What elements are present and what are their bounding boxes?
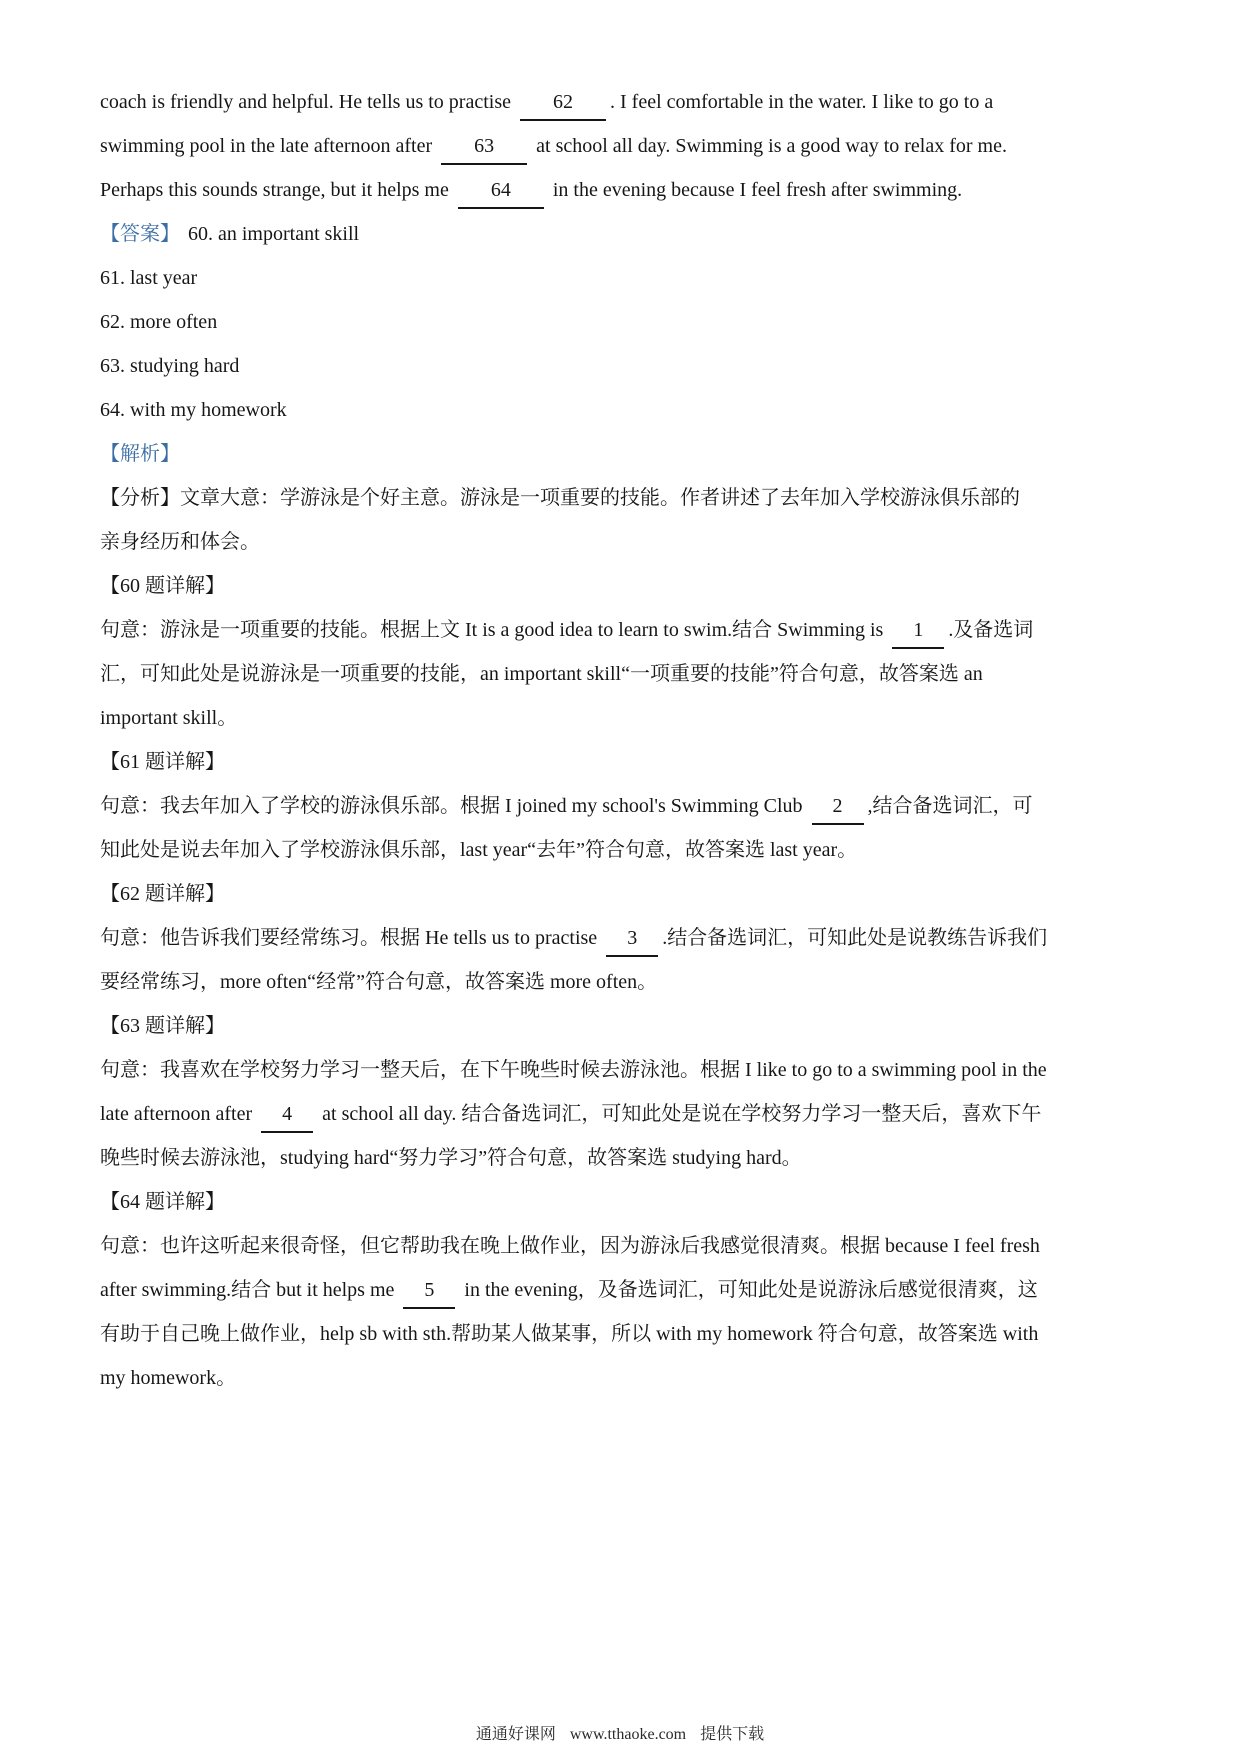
blank-5: 5 — [403, 1275, 455, 1309]
analysis-line-2: 亲身经历和体会。 — [100, 520, 1140, 564]
text-segment: in the evening because I feel fresh afte… — [548, 179, 962, 201]
section-64-line-1: 句意：也许这听起来很奇怪，但它帮助我在晚上做作业，因为游泳后我感觉很清爽。根据 … — [100, 1224, 1140, 1268]
text-segment: .结合备选词汇，可知此处是说教练告诉我们 — [662, 927, 1047, 949]
footer-url: www.tthaoke.com — [570, 1726, 686, 1743]
passage-line-2: swimming pool in the late afternoon afte… — [100, 124, 1140, 168]
section-63-title: 【63 题详解】 — [100, 1004, 1140, 1048]
answer-item-64: 64. with my homework — [100, 388, 1140, 432]
text-segment: 句意：也许这听起来很奇怪，但它帮助我在晚上做作业，因为游泳后我感觉很清爽。根据 … — [100, 1235, 1040, 1257]
text-segment: late afternoon after — [100, 1103, 257, 1125]
answer-item-60: 60. an important skill — [188, 223, 359, 245]
blank-4: 4 — [261, 1099, 313, 1133]
section-63-line-3: 晚些时候去游泳池，studying hard“努力学习”符合句意，故答案选 st… — [100, 1136, 1140, 1180]
text-segment: in the evening，及备选词汇，可知此处是说游泳后感觉很清爽，这 — [459, 1279, 1037, 1301]
text-segment: 知此处是说去年加入了学校游泳俱乐部，last year“去年”符合句意，故答案选… — [100, 839, 857, 861]
text-segment: 句意：游泳是一项重要的技能。根据上文 It is a good idea to … — [100, 619, 888, 641]
passage-line-1: coach is friendly and helpful. He tells … — [100, 80, 1140, 124]
text-segment: 句意：他告诉我们要经常练习。根据 He tells us to practise — [100, 927, 602, 949]
blank-63: 63 — [441, 131, 527, 165]
blank-2: 2 — [812, 791, 864, 825]
text-segment: after swimming.结合 but it helps me — [100, 1279, 399, 1301]
text-segment: 晚些时候去游泳池，studying hard“努力学习”符合句意，故答案选 st… — [100, 1147, 802, 1169]
blank-62: 62 — [520, 87, 606, 121]
text-segment: ,结合备选词汇，可 — [868, 795, 1033, 817]
text-segment: coach is friendly and helpful. He tells … — [100, 91, 516, 113]
text-segment: 【分析】文章大意：学游泳是个好主意。游泳是一项重要的技能。作者讲述了去年加入学校… — [100, 487, 1020, 509]
text-segment: 有助于自己晚上做作业，help sb with sth.帮助某人做某事，所以 w… — [100, 1323, 1038, 1345]
section-62-line-1: 句意：他告诉我们要经常练习。根据 He tells us to practise… — [100, 916, 1140, 960]
section-62-line-2: 要经常练习，more often“经常”符合句意，故答案选 more often… — [100, 960, 1140, 1004]
answer-item-61: 61. last year — [100, 256, 1140, 300]
section-63-line-2: late afternoon after 4 at school all day… — [100, 1092, 1140, 1136]
section-63-line-1: 句意：我喜欢在学校努力学习一整天后，在下午晚些时候去游泳池。根据 I like … — [100, 1048, 1140, 1092]
document-content: coach is friendly and helpful. He tells … — [100, 80, 1140, 1400]
section-60-title: 【60 题详解】 — [100, 564, 1140, 608]
blank-1: 1 — [892, 615, 944, 649]
section-64-title: 【64 题详解】 — [100, 1180, 1140, 1224]
text-segment: my homework。 — [100, 1367, 236, 1389]
section-60-line-2: 汇，可知此处是说游泳是一项重要的技能，an important skill“一项… — [100, 652, 1140, 696]
answers-line: 【答案】60. an important skill — [100, 212, 1140, 256]
text-segment: at school all day. 结合备选词汇，可知此处是说在学校努力学习一… — [317, 1103, 1041, 1125]
text-segment: 句意：我喜欢在学校努力学习一整天后，在下午晚些时候去游泳池。根据 I like … — [100, 1059, 1047, 1081]
analysis-label: 【解析】 — [100, 443, 180, 465]
text-segment: Perhaps this sounds strange, but it help… — [100, 179, 454, 201]
text-segment: .及备选词 — [948, 619, 1033, 641]
section-61-line-1: 句意：我去年加入了学校的游泳俱乐部。根据 I joined my school'… — [100, 784, 1140, 828]
document-page: coach is friendly and helpful. He tells … — [0, 0, 1240, 1754]
section-60-line-1: 句意：游泳是一项重要的技能。根据上文 It is a good idea to … — [100, 608, 1140, 652]
text-segment: 要经常练习，more often“经常”符合句意，故答案选 more often… — [100, 971, 657, 993]
page-footer: 通通好课网www.tthaoke.com提供下载 — [0, 1721, 1240, 1744]
section-64-line-4: my homework。 — [100, 1356, 1140, 1400]
answers-label: 【答案】 — [100, 223, 180, 245]
text-segment: at school all day. Swimming is a good wa… — [531, 135, 1007, 157]
section-61-line-2: 知此处是说去年加入了学校游泳俱乐部，last year“去年”符合句意，故答案选… — [100, 828, 1140, 872]
text-segment: 句意：我去年加入了学校的游泳俱乐部。根据 I joined my school'… — [100, 795, 808, 817]
footer-site-name: 通通好课网 — [476, 1726, 556, 1743]
analysis-line-1: 【分析】文章大意：学游泳是个好主意。游泳是一项重要的技能。作者讲述了去年加入学校… — [100, 476, 1140, 520]
blank-3: 3 — [606, 923, 658, 957]
text-segment: 亲身经历和体会。 — [100, 531, 260, 553]
text-segment: swimming pool in the late afternoon afte… — [100, 135, 437, 157]
answer-item-62: 62. more often — [100, 300, 1140, 344]
blank-64: 64 — [458, 175, 544, 209]
analysis-label-line: 【解析】 — [100, 432, 1140, 476]
text-segment: important skill。 — [100, 707, 237, 729]
section-64-line-2: after swimming.结合 but it helps me 5 in t… — [100, 1268, 1140, 1312]
answer-item-63: 63. studying hard — [100, 344, 1140, 388]
footer-download-note: 提供下载 — [700, 1726, 764, 1743]
text-segment: 汇，可知此处是说游泳是一项重要的技能，an important skill“一项… — [100, 663, 983, 685]
section-61-title: 【61 题详解】 — [100, 740, 1140, 784]
text-segment: . I feel comfortable in the water. I lik… — [610, 91, 993, 113]
passage-line-3: Perhaps this sounds strange, but it help… — [100, 168, 1140, 212]
section-60-line-3: important skill。 — [100, 696, 1140, 740]
section-64-line-3: 有助于自己晚上做作业，help sb with sth.帮助某人做某事，所以 w… — [100, 1312, 1140, 1356]
section-62-title: 【62 题详解】 — [100, 872, 1140, 916]
